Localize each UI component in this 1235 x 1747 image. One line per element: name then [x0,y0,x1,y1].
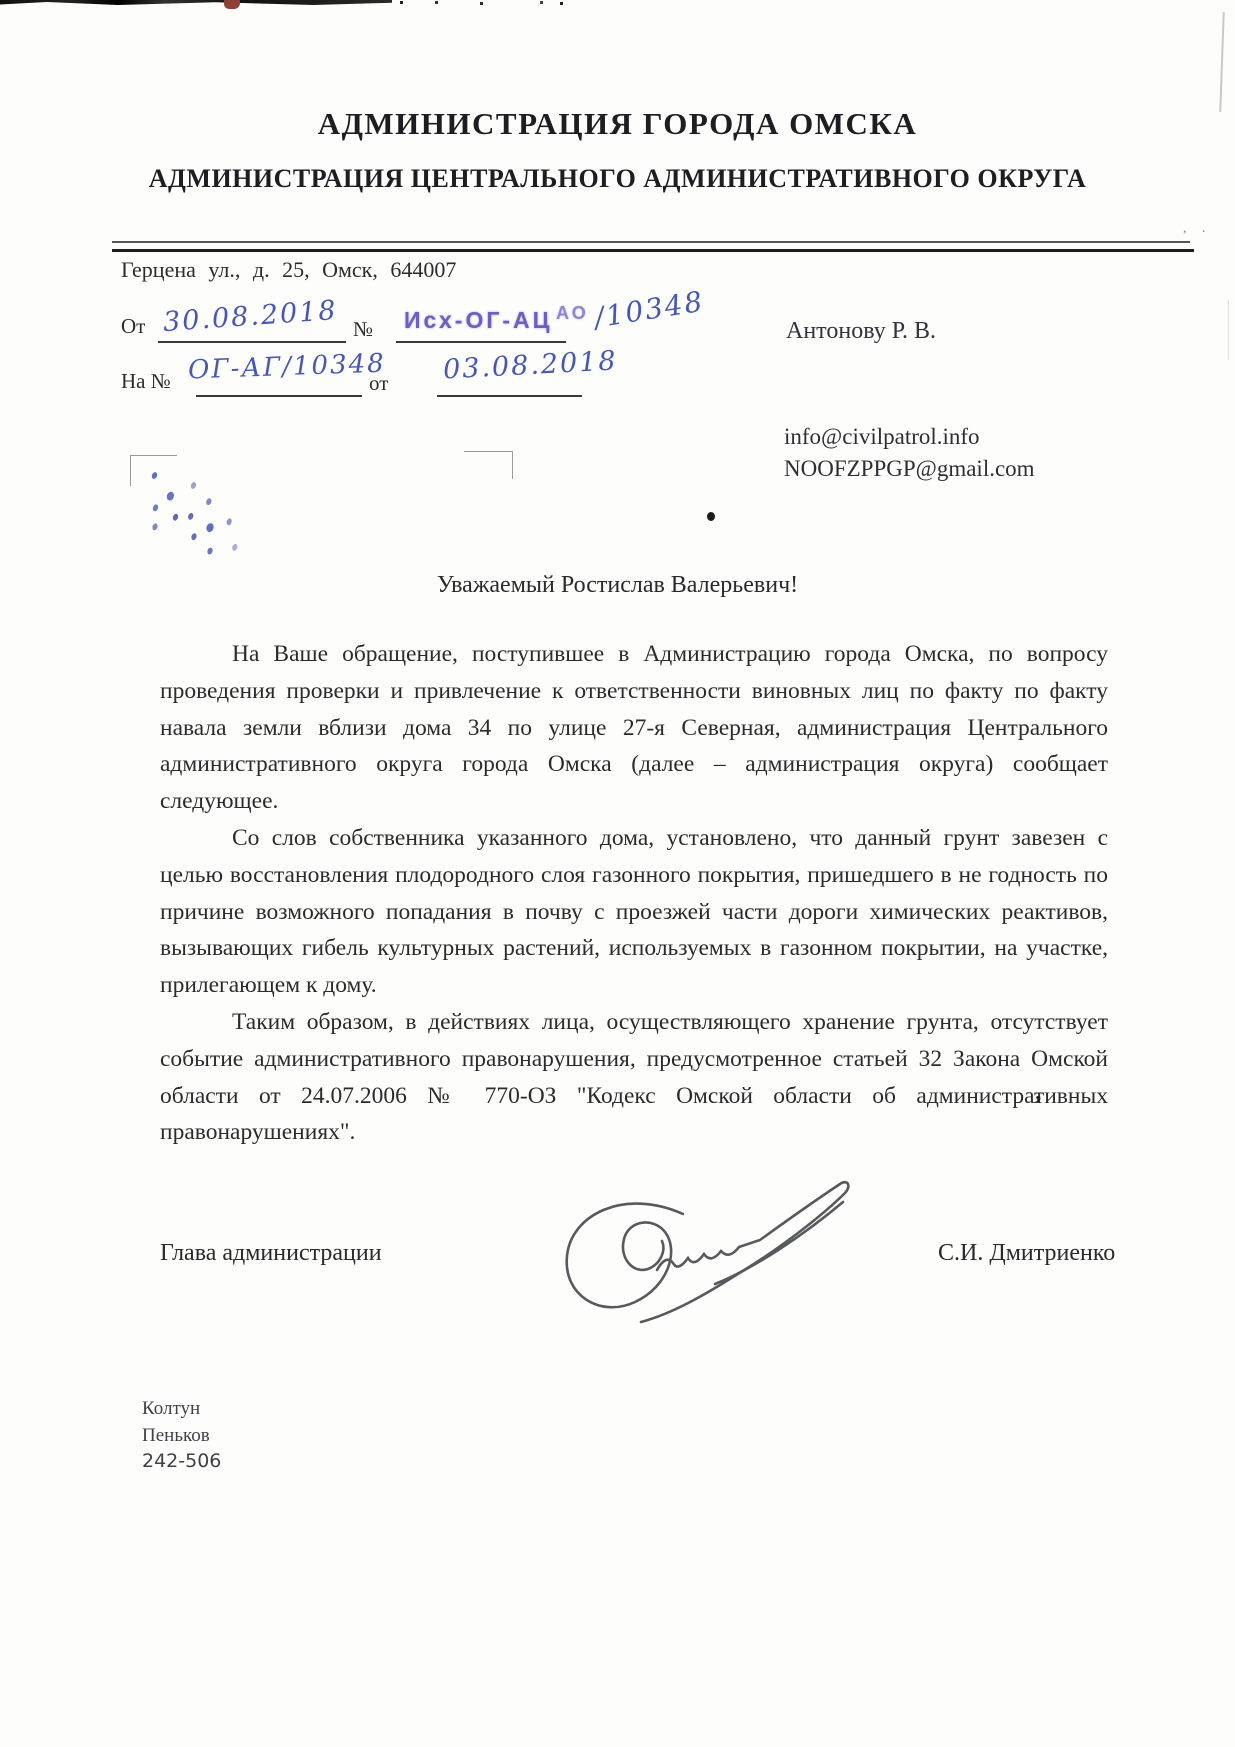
ref-reply-date-handwritten: 03.08.2018 [442,345,618,385]
stamp-box-corner-right [464,451,513,479]
ref-no-label: № [353,317,373,342]
ref-reply-number-underline [196,395,362,397]
ref-reply-number-handwritten: ОГ-АГ/10348 [188,349,387,386]
body-paragraph-2: Со слов собственника указанного дома, ус… [160,820,1108,1004]
body-paragraph-3: Таким образом, в действиях лица, осущест… [160,1004,1108,1151]
sender-address: Герцена ул., д. 25, Омск, 644007 [121,257,456,283]
signature-script [525,1172,885,1332]
recipient-name: Антонову Р. В. [786,318,936,345]
ref-reply-date-underline [437,395,582,397]
signoff-name: С.И. Дмитриенко [938,1240,1115,1267]
letterhead-title-district: АДМИНИСТРАЦИЯ ЦЕНТРАЛЬНОГО АДМИНИСТРАТИВ… [0,164,1235,194]
footer-phone: 242-506 [142,1450,221,1472]
ref-outgoing-number-stamp-suffix: АО [556,303,589,324]
ref-outgoing-number-stamp: Исх-ОГ-АЦ [404,307,552,334]
letterhead-rule-thin [112,241,1190,243]
ref-outgoing-number-handwritten: /10348 [592,285,706,335]
letterhead-rule-thick [112,249,1194,252]
recipient-email-2: NOOFZPPGP@gmail.com [784,456,1035,482]
scan-artifact-right-line [1219,12,1224,112]
scan-artifact-center-dot [707,512,715,521]
scanned-letter-page: АДМИНИСТРАЦИЯ ГОРОДА ОМСКА АДМИНИСТРАЦИЯ… [0,0,1235,1747]
signoff-position: Глава администрации [160,1240,382,1267]
ref-reply-label: На № [121,369,171,394]
salutation: Уважаемый Ростислав Валерьевич! [0,572,1235,599]
footer-executor-1: Колтун [142,1398,200,1420]
scan-artifact-top-strip [0,0,392,5]
letter-body: На Ваше обращение, поступившее в Админис… [160,636,1108,1151]
letterhead-title-city: АДМИНИСТРАЦИЯ ГОРОДА ОМСКА [0,106,1235,142]
recipient-email-1: info@civilpatrol.info [784,424,980,450]
ref-from-label: От [121,314,145,339]
footer-executor-2: Пеньков [142,1425,210,1447]
ref-from-underline [158,341,346,343]
scan-artifact-right-line-2 [1228,300,1229,360]
ref-no-underline [396,341,566,343]
stamp-box-corner-left [130,455,177,486]
body-paragraph-1: На Ваше обращение, поступившее в Админис… [160,636,1108,820]
ref-from-date-handwritten: 30.08.2018 [162,295,338,338]
ref-reply-from-label: от [369,371,388,396]
scan-artifact-red-blob [224,0,240,9]
scan-artifact-dots [400,1,403,4]
scan-artifact-rule-marks: , . [1183,221,1212,237]
